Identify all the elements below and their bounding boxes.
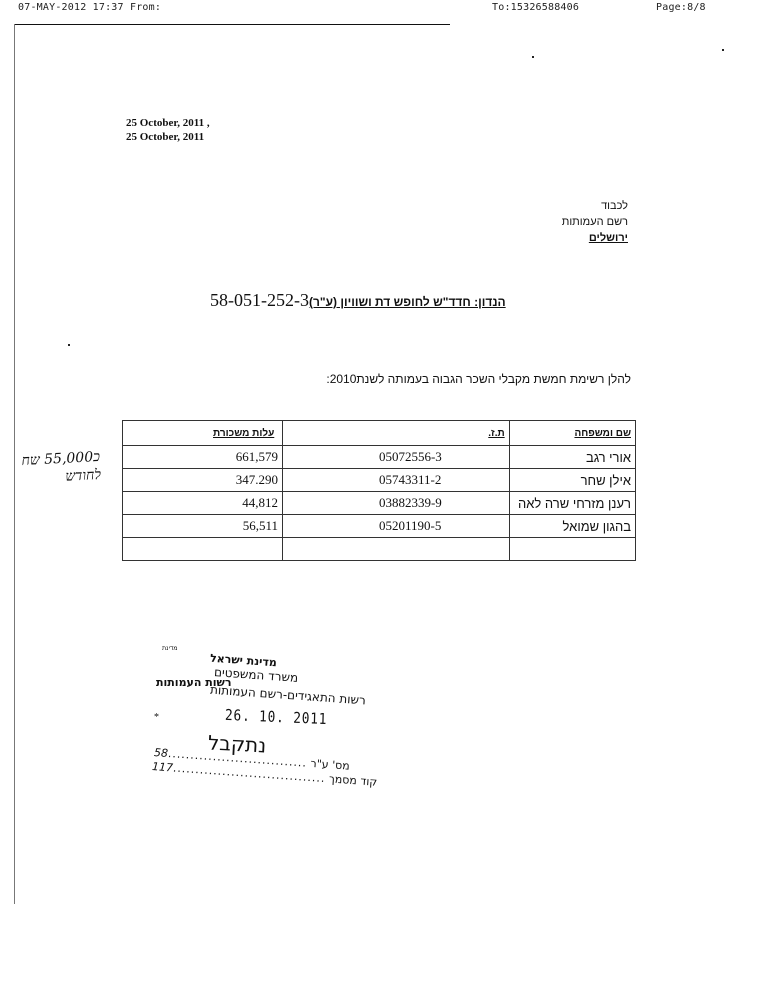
page-top-border-segment: [230, 24, 450, 25]
cell-id: 03882339-9: [282, 492, 509, 515]
table-row: [123, 538, 636, 561]
cell-cost: 56,511: [123, 515, 283, 538]
stamp-field-value: 117: [152, 760, 174, 774]
cell-id: [282, 538, 509, 561]
addressee-salutation: לכבוד: [562, 198, 628, 214]
addressee-city: ירושלים: [562, 230, 628, 246]
stamp-star-icon: *: [154, 712, 159, 723]
salary-table: שם ומשפחה ת.ז. עלות משכורת אורי רגב05072…: [122, 420, 636, 561]
scan-speck: [68, 344, 70, 346]
table-header-row: שם ומשפחה ת.ז. עלות משכורת: [123, 421, 636, 446]
stamp-field-label: קוד מסמך: [329, 772, 378, 788]
fax-recipient-number: To:15326588406: [492, 2, 579, 13]
registration-number: 58-051-252-3: [210, 290, 309, 310]
table-row: אורי רגב05072556-3661,579: [123, 446, 636, 469]
addressee-office: רשם העמותות: [562, 214, 628, 230]
cell-cost: 661,579: [123, 446, 283, 469]
stamp-date: 26. 10. 2011: [225, 706, 328, 728]
addressee-block: לכבוד רשם העמותות ירושלים: [562, 198, 628, 246]
subject-text: הנדון: חדד"ש לחופש דת ושוויון (ע"ר): [309, 295, 506, 309]
received-stamp: מדינת מדינת ישראל משרד המשפטים רשות העמו…: [150, 640, 380, 810]
cell-cost: [123, 538, 283, 561]
stamp-mark: מדינת: [162, 646, 178, 652]
handwritten-annotation: כ55,000 שח לחודש: [21, 448, 101, 488]
fax-sent-timestamp: 07-MAY-2012 17:37 From:: [18, 2, 161, 13]
scan-speck: [722, 49, 724, 51]
cell-cost: 44,812: [123, 492, 283, 515]
cell-id: 05743311-2: [282, 469, 509, 492]
scan-speck: [532, 56, 534, 58]
cell-id: 05201190-5: [282, 515, 509, 538]
cell-name: אורי רגב: [509, 446, 635, 469]
intro-text: להלן רשימת חמשת מקבלי השכר הגבוה בעמותה …: [326, 372, 631, 386]
fax-header: 07-MAY-2012 17:37 From: To:15326588406 P…: [0, 2, 763, 16]
stamp-authority: רשות התאגידים-רשם העמותות: [210, 683, 367, 708]
stamp-field-label: מס' ע"ר: [310, 757, 350, 773]
letter-date: 25 October, 2011 , 25 October, 2011: [126, 116, 210, 144]
table-row: בהגון שמואל05201190-556,511: [123, 515, 636, 538]
cell-id: 05072556-3: [282, 446, 509, 469]
cell-name: רענן מזרחי שרה לאה: [509, 492, 635, 515]
date-line: 25 October, 2011 ,: [126, 116, 210, 130]
page-left-border: [14, 24, 15, 904]
cell-name: בהגון שמואל: [509, 515, 635, 538]
table-row: רענן מזרחי שרה לאה03882339-944,812: [123, 492, 636, 515]
cell-name: אילן שחר: [509, 469, 635, 492]
cell-name: [509, 538, 635, 561]
subject-line: 58-051-252-3הנדון: חדד"ש לחופש דת ושוויו…: [210, 290, 590, 311]
header-name: שם ומשפחה: [509, 421, 635, 446]
fax-page-count: Page:8/8: [656, 2, 706, 13]
table-row: אילן שחר05743311-2347.290: [123, 469, 636, 492]
cell-cost: 347.290: [123, 469, 283, 492]
header-id: ת.ז.: [282, 421, 509, 446]
header-cost: עלות משכורת: [123, 421, 283, 446]
stamp-field-value: 58: [154, 746, 169, 760]
date-line: 25 October, 2011: [126, 130, 210, 144]
